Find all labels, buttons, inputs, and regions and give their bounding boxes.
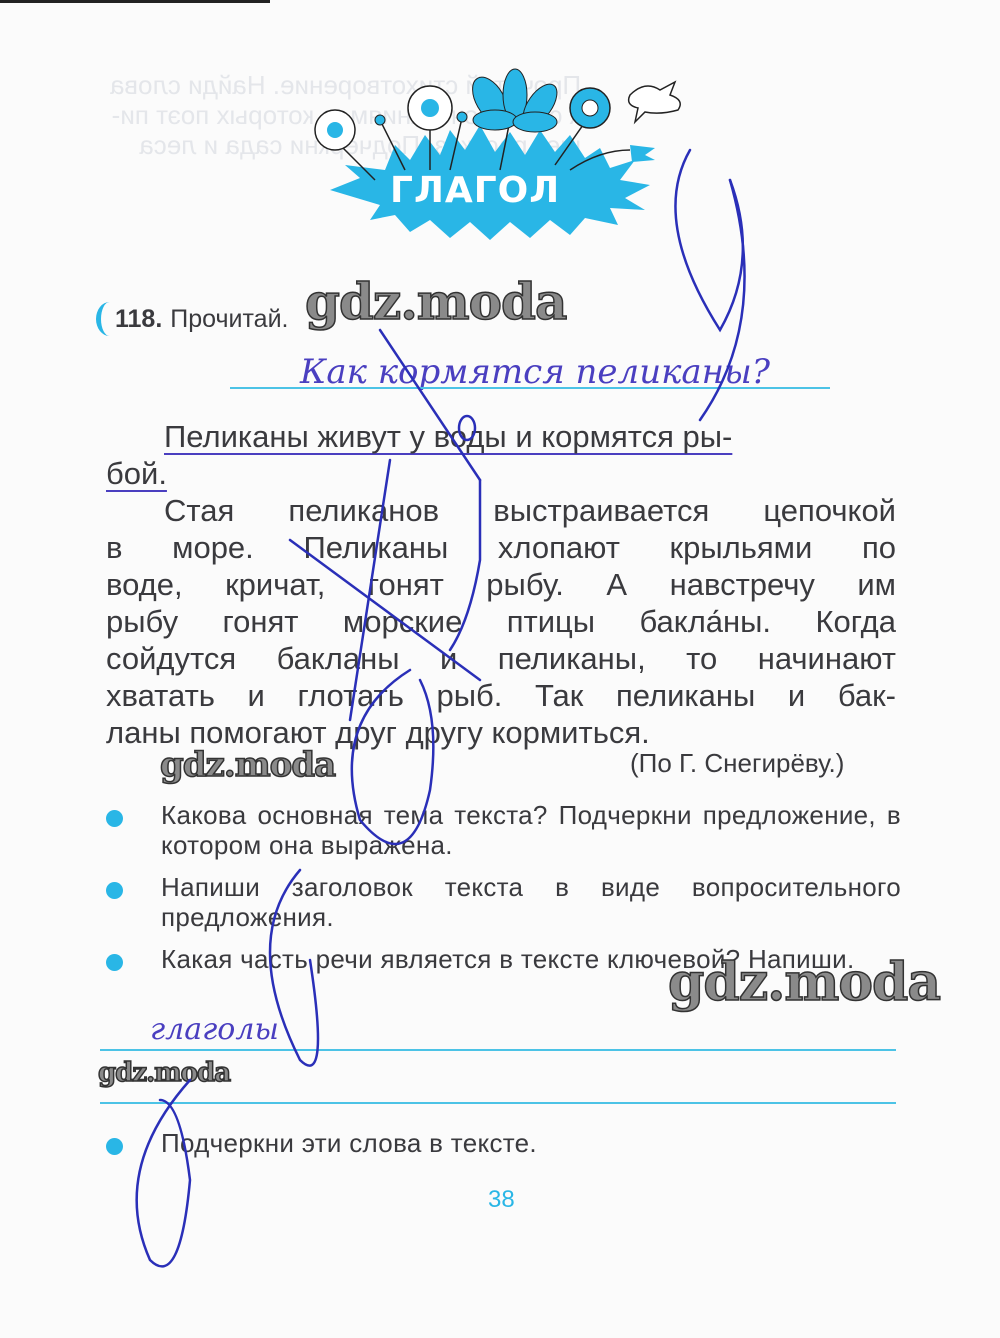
exercise-instruction: Прочитай.	[170, 305, 288, 334]
watermark: gdz.moda	[305, 272, 566, 331]
reading-text: Пеликаны живут у воды и кормятся ры- бой…	[106, 418, 896, 751]
bullet-icon	[106, 1138, 123, 1155]
header-flowers-illustration	[300, 60, 700, 260]
task-text: Какова основная тема текста? Подчеркни п…	[161, 800, 901, 860]
watermark: gdz.moda	[98, 1058, 230, 1088]
watermark: gdz.moda	[160, 745, 335, 785]
text-line: сойдутся бакланы и пеликаны, то начинают	[106, 640, 896, 677]
text-line: хватать и глотать рыб. Так пеликаны и ба…	[106, 677, 896, 714]
text-line: Стая пеликанов выстраивается цепочкой	[106, 492, 896, 529]
section-title: ГЛАГОЛ	[390, 170, 560, 211]
handwritten-title: Как кормятся пеликаны?	[300, 352, 770, 392]
task-item: Подчеркни эти слова в тексте.	[106, 1128, 901, 1158]
task-text: Напиши заголовок текста в виде вопросите…	[161, 872, 901, 932]
text-line: бой.	[106, 456, 167, 491]
exercise-header: 118. Прочитай.	[96, 302, 288, 336]
text-line: Пеликаны живут у воды и кормятся ры-	[164, 419, 732, 454]
page-number: 38	[488, 1186, 515, 1214]
attribution: (По Г. Снегирёву.)	[630, 748, 844, 779]
text-line: в море. Пеликаны хлопают крыльями по	[106, 529, 896, 566]
bullet-icon	[106, 954, 123, 971]
text-line: рыбу гонят морские птицы бакла́ны. Когда	[106, 603, 896, 640]
exercise-number: 118.	[115, 305, 162, 334]
watermark: gdz.moda	[668, 952, 940, 1013]
title-answer-line	[230, 387, 830, 389]
task-text: Подчеркни эти слова в тексте.	[161, 1128, 901, 1158]
task-item: Напиши заголовок текста в виде вопросите…	[106, 872, 901, 932]
text-line: воде, кричат, гонят рыбу. А навстречу им	[106, 566, 896, 603]
answer-line-1	[100, 1049, 896, 1051]
answer-line-2	[100, 1102, 896, 1104]
bullet-icon	[106, 882, 123, 899]
scan-edge	[0, 0, 270, 3]
bullet-icon	[106, 810, 123, 827]
handwritten-answer: глаголы	[150, 1012, 279, 1047]
task-item: Какова основная тема текста? Подчеркни п…	[106, 800, 901, 860]
